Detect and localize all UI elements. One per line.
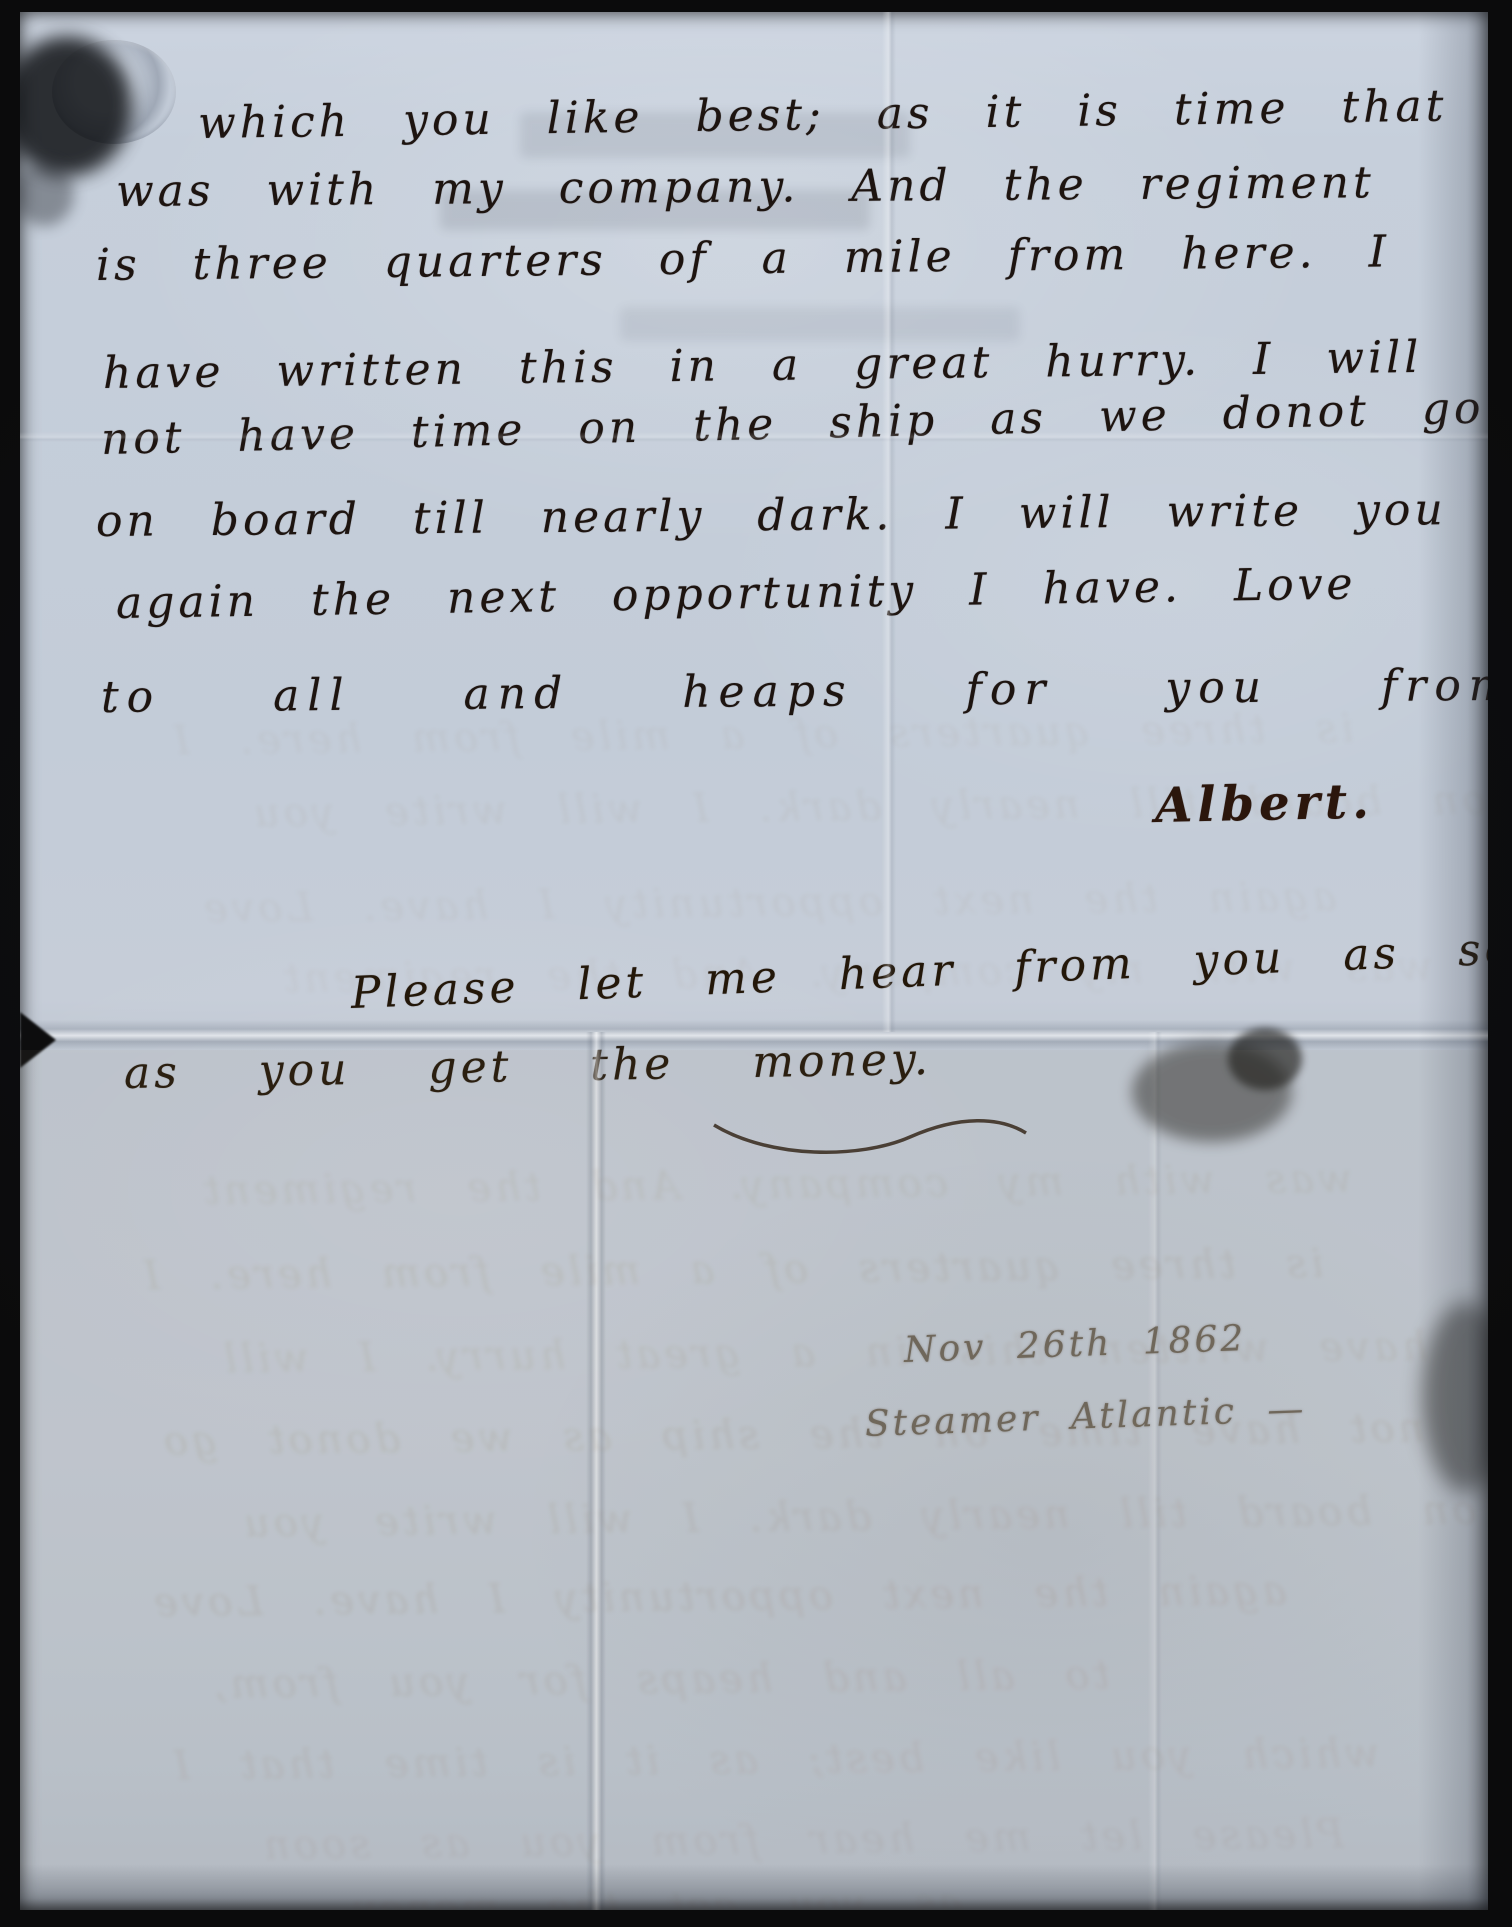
letter-line: on board till nearly dark. I will write … (96, 484, 1447, 547)
fold-crease-vertical-upper (882, 12, 896, 1032)
bottom-edge-shadow (20, 1864, 1488, 1910)
signature: Albert. (1154, 773, 1374, 834)
letter-line: is three quarters of a mile from here. I (96, 226, 1391, 291)
right-edge-shadow (1418, 12, 1488, 1910)
scanned-letter-background: is three quarters of a mile from here. I… (0, 0, 1512, 1927)
corner-stain-small (20, 162, 74, 226)
postscript-line: Please let me hear from you as soon (350, 921, 1488, 1019)
ghost-line: again the next opportunity I have. Love (200, 874, 1337, 932)
letterhead-bleedthrough-band (620, 307, 1020, 341)
lower-panel-tint (20, 1050, 1488, 1910)
letter-paper: is three quarters of a mile from here. I… (20, 12, 1488, 1910)
letter-line: was with my company. And the regiment (116, 157, 1375, 217)
letter-line: which you like best; as it is time that … (198, 80, 1488, 149)
letter-line: again the next opportunity I have. Love (116, 559, 1357, 629)
fold-crease-horizontal-faint (20, 432, 1488, 442)
